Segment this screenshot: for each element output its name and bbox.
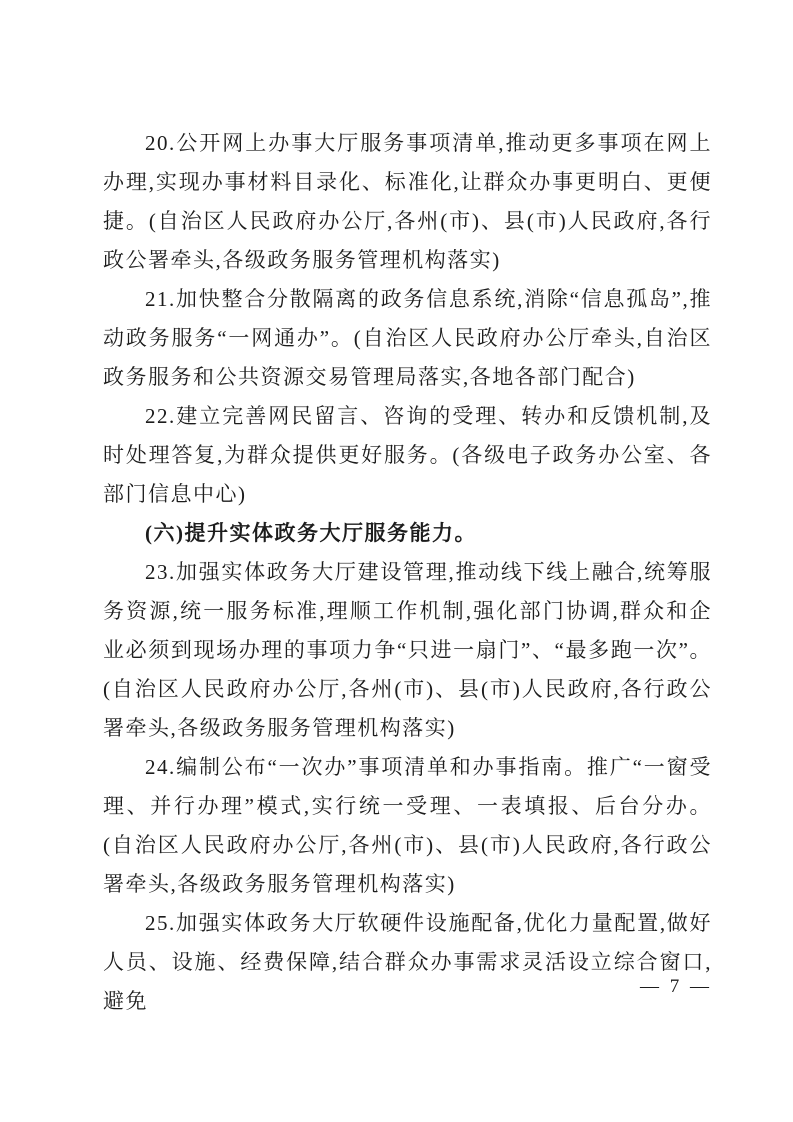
section-heading-6: (六)提升实体政务大厅服务能力。 — [103, 514, 712, 553]
paragraph-item-22: 22.建立完善网民留言、咨询的受理、转办和反馈机制,及时处理答复,为群众提供更好… — [103, 397, 712, 514]
page-number: — 7 — — [103, 976, 712, 998]
paragraph-item-25: 25.加强实体政务大厅软硬件设施配备,优化力量配置,做好人员、设施、经费保障,结… — [103, 904, 712, 1021]
paragraph-item-23: 23.加强实体政务大厅建设管理,推动线下线上融合,统筹服务资源,统一服务标准,理… — [103, 553, 712, 748]
paragraph-item-21: 21.加快整合分散隔离的政务信息系统,消除“信息孤岛”,推动政务服务“一网通办”… — [103, 280, 712, 397]
document-page: 20.公开网上办事大厅服务事项清单,推动更多事项在网上办理,实现办事材料目录化、… — [0, 0, 793, 1122]
paragraph-item-24: 24.编制公布“一次办”事项清单和办事指南。推广“一窗受理、并行办理”模式,实行… — [103, 748, 712, 904]
document-body: 20.公开网上办事大厅服务事项清单,推动更多事项在网上办理,实现办事材料目录化、… — [103, 124, 712, 1021]
paragraph-item-20: 20.公开网上办事大厅服务事项清单,推动更多事项在网上办理,实现办事材料目录化、… — [103, 124, 712, 280]
